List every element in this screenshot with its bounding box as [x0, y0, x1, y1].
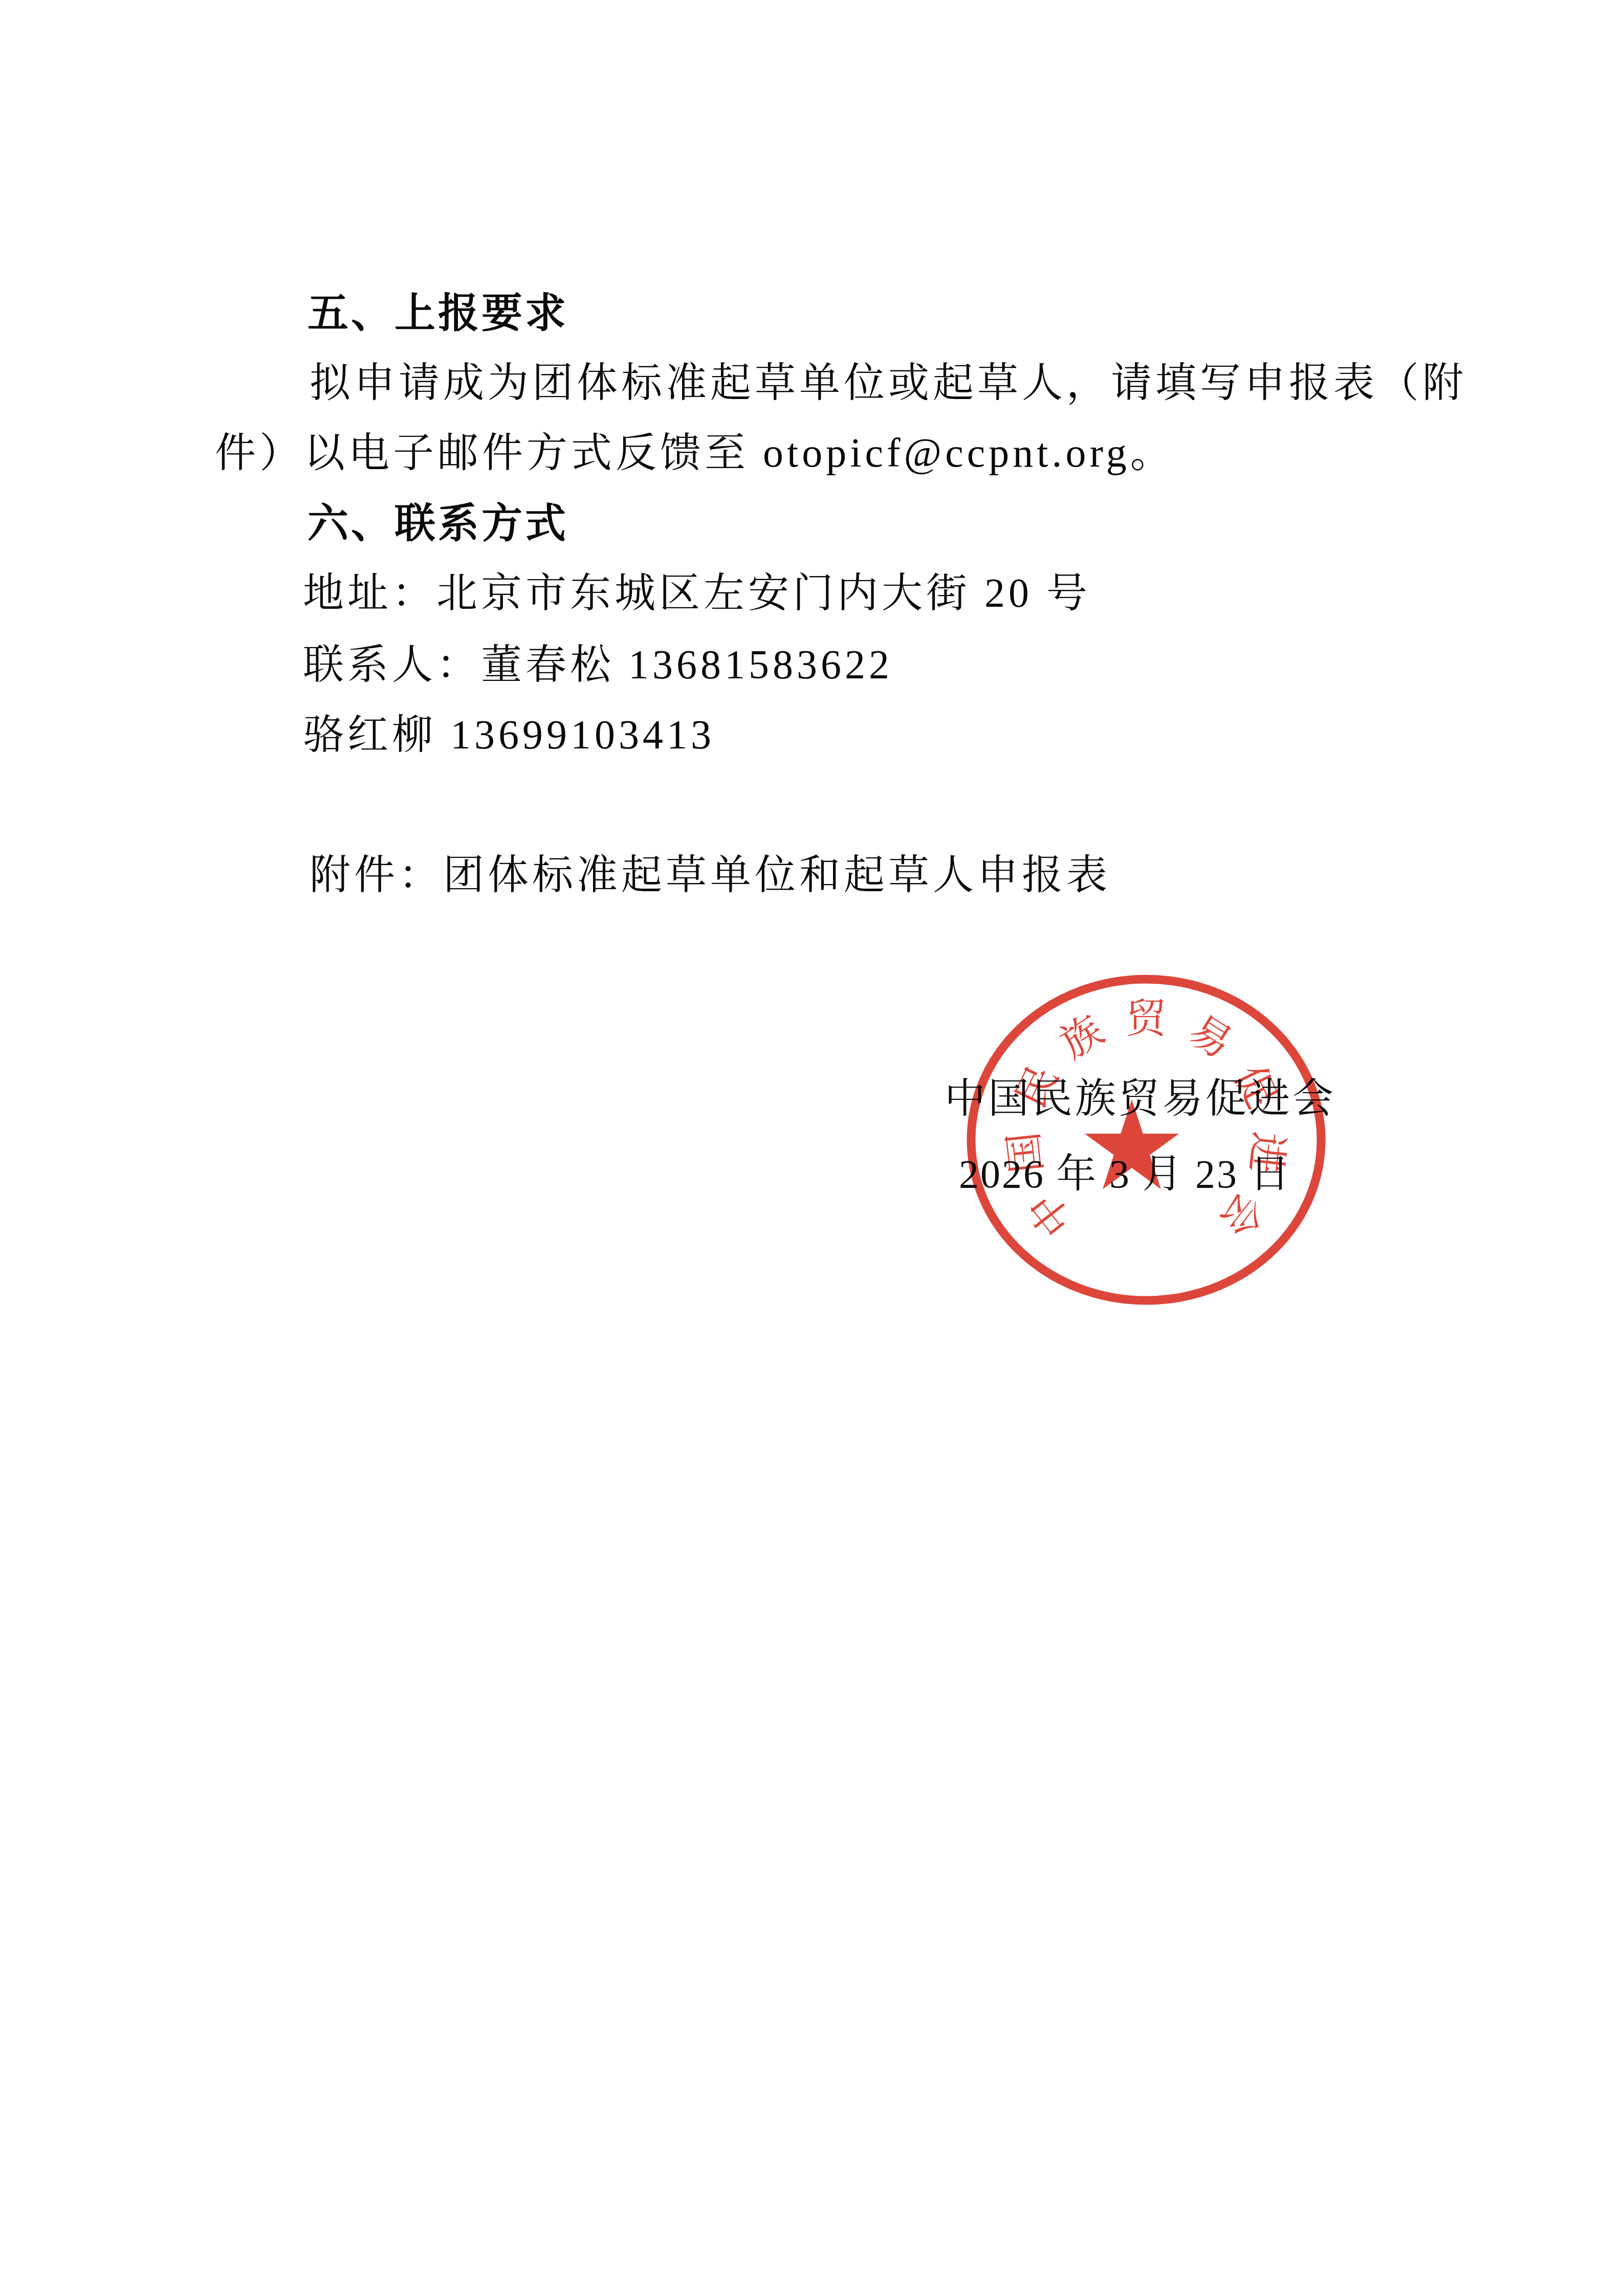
- address-line: 地址：北京市东城区左安门内大街 20 号: [303, 569, 1091, 617]
- attachment-line: 附件：团体标准起草单位和起草人申报表: [310, 851, 1111, 899]
- section5-heading: 五、上报要求: [308, 289, 568, 337]
- contact-person2-line: 骆红柳 13699103413: [303, 711, 715, 759]
- seal-ring-char: 易: [1181, 1007, 1239, 1067]
- signature-org-name: 中国民族贸易促进会: [945, 1075, 1336, 1123]
- seal-ring: [971, 979, 1321, 1300]
- seal-ring-char: 族: [1053, 1007, 1111, 1067]
- section5-body-line2: 件）以电子邮件方式反馈至 otopicf@ccpnt.org。: [215, 429, 1175, 477]
- seal-ring-char: 贸: [1126, 997, 1168, 1042]
- official-seal-stamp: 中 国 民 族 贸 易 促 进 会: [947, 957, 1351, 1325]
- section5-body-line2-suffix: 。: [1130, 431, 1175, 476]
- section6-heading: 六、联系方式: [308, 499, 568, 547]
- document-page: 五、上报要求 拟申请成为团体标准起草单位或起草人，请填写申报表（附 件）以电子邮…: [0, 0, 1623, 2296]
- section5-body-line2-prefix: 件）以电子邮件方式反馈至: [215, 431, 763, 476]
- signature-date: 2026 年 3 月 23 日: [959, 1150, 1291, 1198]
- email-address: otopicf@ccpnt.org: [763, 431, 1130, 476]
- contact-person-line: 联系人：董春松 13681583622: [303, 641, 893, 689]
- section5-body-line1: 拟申请成为团体标准起草单位或起草人，请填写申报表（附: [310, 359, 1467, 407]
